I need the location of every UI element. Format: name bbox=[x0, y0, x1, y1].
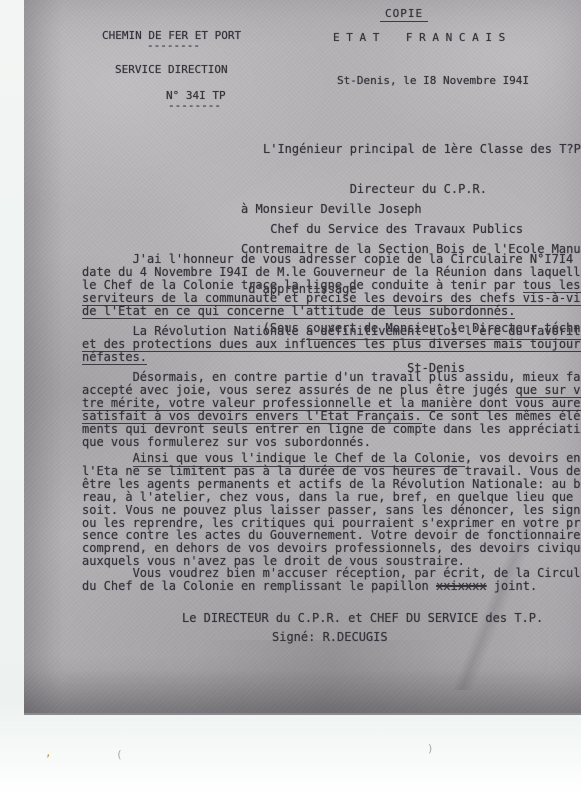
plain-text: reau, à l'atelier, chez vous, dans la ru… bbox=[82, 490, 581, 504]
body-line: accepté avec joie, vous serez assurés de… bbox=[82, 384, 581, 397]
underlined-text: néfastes. bbox=[82, 350, 147, 366]
organization-dashes: -------- bbox=[147, 39, 200, 52]
body-line: du Chef de la Colonie en remplissant le … bbox=[82, 580, 581, 593]
body-line: que vous formulerez sur vos subordonnés. bbox=[82, 436, 581, 449]
body-line: le Chef de la Colonie trace la ligne de … bbox=[82, 279, 581, 292]
paragraph: J'ai l'honneur de vous adresser copie de… bbox=[82, 253, 581, 318]
signature-title-line: Le DIRECTEUR du C.P.R. et CHEF DU SERVIC… bbox=[182, 612, 543, 625]
plain-text: Ce sont les mêmes élé- bbox=[422, 409, 581, 423]
state-line: E T A T F R A N C A I S bbox=[333, 31, 505, 44]
plain-text: joint. bbox=[487, 579, 538, 593]
paragraph: La Révolution Nationale a définitivement… bbox=[82, 325, 581, 364]
scanned-letter-page: COPIE CHEMIN DE FER ET PORT -------- E T… bbox=[0, 0, 581, 800]
plain-text: accepté avec joie, vous serez assurés de… bbox=[82, 383, 515, 397]
struck-text: xxixxxx bbox=[436, 579, 487, 593]
plain-text bbox=[82, 451, 133, 465]
service-line: SERVICE DIRECTION bbox=[115, 63, 228, 76]
copy-label: COPIE bbox=[380, 7, 428, 22]
reference-dashes: -------- bbox=[168, 99, 221, 112]
plain-text: ments qui devront seuls entrer en ligne … bbox=[82, 422, 581, 436]
plain-text: La Révolution Nationale bbox=[82, 324, 306, 338]
plain-text: être les agents permanents et actifs de … bbox=[82, 477, 581, 491]
plain-text: le Chef de la Colonie trace la ligne de … bbox=[82, 278, 523, 292]
plain-text: du Chef de la Colonie en remplissant le … bbox=[82, 579, 436, 593]
plain-text: Désormais, en contre partie d'un travail… bbox=[82, 370, 581, 384]
pencil-mark: , bbox=[45, 746, 52, 759]
body-line: néfastes. bbox=[82, 351, 581, 364]
plain-text: J'ai l'honneur de vous adresser copie de… bbox=[82, 252, 581, 266]
paragraph: Ainsi que vous l'indique le Chef de la C… bbox=[82, 452, 581, 568]
body-line: serviteurs de la communauté et précise l… bbox=[82, 292, 581, 305]
body-line: et des protections dues aux influences l… bbox=[82, 338, 581, 351]
body-line: de l'Etat en ce qui concerne l'attitude … bbox=[82, 305, 581, 318]
sender-line: L'Ingénieur principal de 1ère Classe des… bbox=[263, 143, 581, 156]
plain-text: l'Eta ne se limitent pas à la durée de v… bbox=[82, 464, 581, 478]
underlined-text: de l'Etat en ce qui concerne l'attitude … bbox=[82, 304, 515, 320]
pencil-mark: ( bbox=[116, 748, 129, 761]
plain-text: soit. Vous ne pouvez plus laisser passer… bbox=[82, 503, 581, 517]
signature-name-line: Signé: R.DECUGIS bbox=[272, 631, 388, 644]
recipient-line: à Monsieur Deville Joseph bbox=[241, 203, 581, 216]
paragraph: Désormais, en contre partie d'un travail… bbox=[82, 371, 581, 448]
dateline: St-Denis, le I8 Novembre I94I bbox=[337, 74, 529, 87]
plain-text: , vos devoirs enver bbox=[465, 451, 581, 465]
plain-text: date du 4 Novembre I94I de M.le Gouverne… bbox=[82, 265, 581, 279]
underlined-text: et des protections dues aux influences l… bbox=[82, 337, 581, 353]
paragraph: Vous voudrez bien m'accuser réception, p… bbox=[82, 567, 581, 593]
plain-text: Vous voudrez bien m'accuser réception, p… bbox=[82, 566, 581, 580]
pencil-mark: ) bbox=[427, 742, 434, 755]
body-line: La Révolution Nationale a définitivement… bbox=[82, 325, 581, 338]
plain-text: que vous formulerez sur vos subordonnés. bbox=[82, 435, 371, 449]
